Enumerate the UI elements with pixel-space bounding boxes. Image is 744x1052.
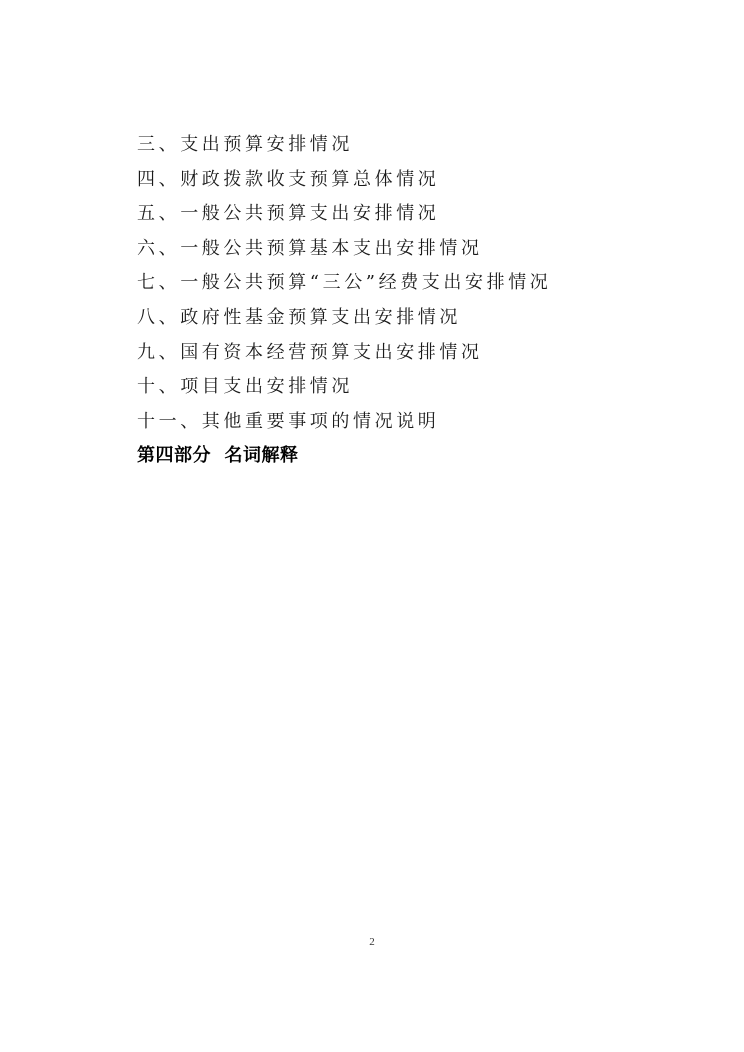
document-page: 三、支出预算安排情况 四、财政拨款收支预算总体情况 五、一般公共预算支出安排情况…: [0, 0, 744, 1052]
toc-item-5: 五、一般公共预算支出安排情况: [137, 197, 551, 232]
toc-item-11: 十一、其他重要事项的情况说明: [137, 405, 551, 440]
toc-item-7: 七、一般公共预算“三公”经费支出安排情况: [137, 266, 551, 301]
toc-item-3: 三、支出预算安排情况: [137, 128, 551, 163]
toc-item-8: 八、政府性基金预算支出安排情况: [137, 301, 551, 336]
toc-item-9: 九、国有资本经营预算支出安排情况: [137, 336, 551, 371]
table-of-contents: 三、支出预算安排情况 四、财政拨款收支预算总体情况 五、一般公共预算支出安排情况…: [137, 128, 551, 474]
section-heading-part-4: 第四部分 名词解释: [137, 439, 551, 474]
page-number: 2: [0, 936, 744, 948]
toc-item-6: 六、一般公共预算基本支出安排情况: [137, 232, 551, 267]
toc-item-4: 四、财政拨款收支预算总体情况: [137, 163, 551, 198]
toc-item-10: 十、项目支出安排情况: [137, 370, 551, 405]
